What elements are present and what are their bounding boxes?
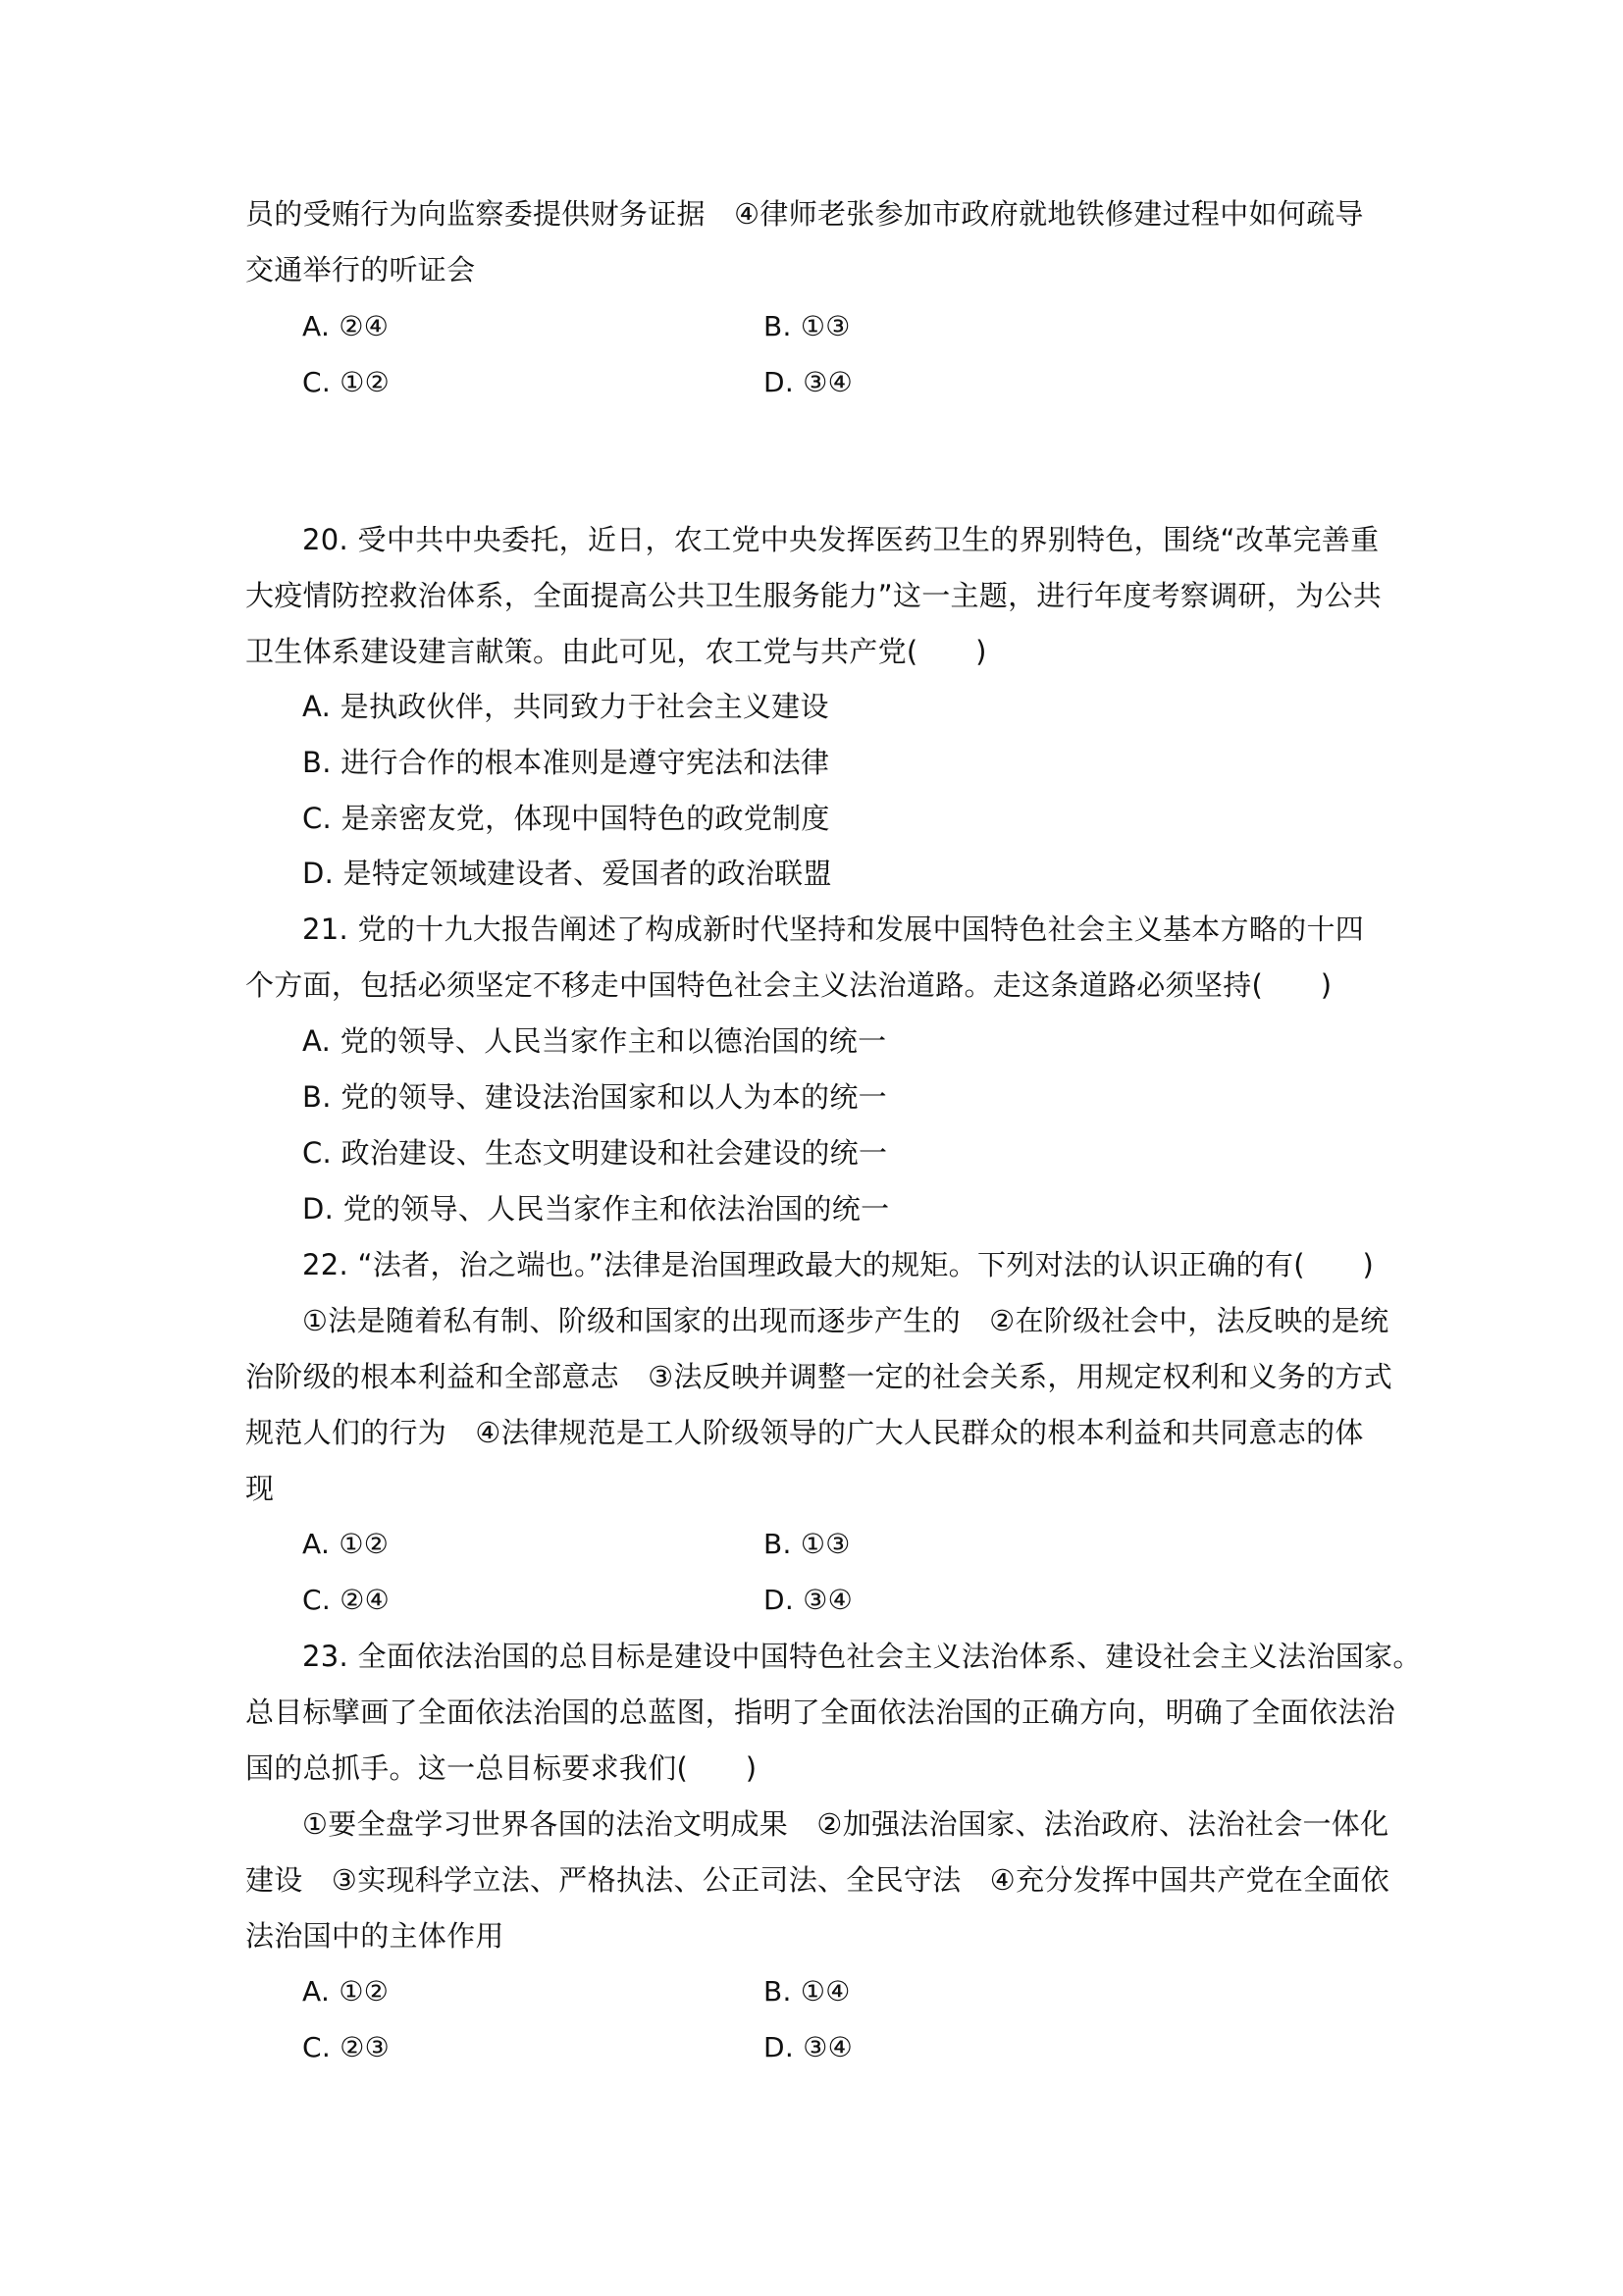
option-d: D. ③④ bbox=[763, 2028, 853, 2067]
option-c: C. ②③ bbox=[302, 2028, 390, 2067]
stem-line: 个方面，包括必须坚定不移走中国特色社会主义法治道路。走这条道路必须坚持( ) bbox=[245, 965, 1332, 1005]
statement-line: 规范人们的行为 ④法律规范是工人阶级领导的广大人民群众的根本利益和共同意志的体 bbox=[245, 1413, 1364, 1452]
statement-line: 法治国中的主体作用 bbox=[245, 1916, 504, 1956]
option-b: B. ①④ bbox=[763, 1972, 851, 2011]
option-c: C. 政治建设、生态文明建设和社会建设的统一 bbox=[302, 1133, 887, 1173]
option-d: D. ③④ bbox=[763, 363, 853, 402]
statement-line: 治阶级的根本利益和全部意志 ③法反映并调整一定的社会关系，用规定权利和义务的方式 bbox=[245, 1357, 1392, 1396]
statement-line: 建设 ③实现科学立法、严格执法、公正司法、全民守法 ④充分发挥中国共产党在全面依 bbox=[245, 1860, 1389, 1900]
option-c: C. ①② bbox=[302, 363, 390, 402]
option-b: B. 进行合作的根本准则是遵守宪法和法律 bbox=[302, 743, 829, 782]
option-a: A. ②④ bbox=[302, 307, 389, 346]
stem-line: 20. 受中共中央委托，近日，农工党中央发挥医药卫生的界别特色，围绕“改革完善重 bbox=[302, 520, 1379, 559]
option-a: A. ①② bbox=[302, 1972, 389, 2011]
option-c: C. 是亲密友党，体现中国特色的政党制度 bbox=[302, 799, 830, 838]
statement-line: ①法是随着私有制、阶级和国家的出现而逐步产生的 ②在阶级社会中，法反映的是统 bbox=[302, 1301, 1388, 1340]
option-d: D. 党的领导、人民当家作主和依法治国的统一 bbox=[302, 1189, 889, 1228]
option-b: B. ①③ bbox=[763, 1525, 851, 1564]
option-a: A. 是执政伙伴，共同致力于社会主义建设 bbox=[302, 687, 829, 726]
stem-line: 员的受贿行为向监察委提供财务证据 ④律师老张参加市政府就地铁修建过程中如何疏导 bbox=[245, 194, 1364, 234]
option-a: A. ①② bbox=[302, 1525, 389, 1564]
stem-line: 大疫情防控救治体系，全面提高公共卫生服务能力”这一主题，进行年度考察调研，为公共 bbox=[245, 576, 1382, 615]
option-a: A. 党的领导、人民当家作主和以德治国的统一 bbox=[302, 1021, 886, 1061]
stem-line: 22. “法者，治之端也。”法律是治国理政最大的规矩。下列对法的认识正确的有( … bbox=[302, 1245, 1374, 1284]
statement-line: 现 bbox=[245, 1469, 274, 1508]
option-c: C. ②④ bbox=[302, 1581, 390, 1620]
stem-line: 卫生体系建设建言献策。由此可见，农工党与共产党( ) bbox=[245, 632, 987, 671]
stem-line: 23. 全面依法治国的总目标是建设中国特色社会主义法治体系、建设社会主义法治国家… bbox=[302, 1637, 1422, 1676]
stem-line: 21. 党的十九大报告阐述了构成新时代坚持和发展中国特色社会主义基本方略的十四 bbox=[302, 910, 1364, 949]
statement-line: ①要全盘学习世界各国的法治文明成果 ②加强法治国家、法治政府、法治社会一体化 bbox=[302, 1804, 1388, 1844]
option-d: D. ③④ bbox=[763, 1581, 853, 1620]
option-b: B. ①③ bbox=[763, 307, 851, 346]
stem-line: 交通举行的听证会 bbox=[245, 250, 475, 289]
option-b: B. 党的领导、建设法治国家和以人为本的统一 bbox=[302, 1077, 887, 1117]
stem-line: 总目标擘画了全面依法治国的总蓝图，指明了全面依法治国的正确方向，明确了全面依法治 bbox=[245, 1693, 1395, 1732]
option-d: D. 是特定领域建设者、爱国者的政治联盟 bbox=[302, 854, 832, 893]
stem-line: 国的总抓手。这一总目标要求我们( ) bbox=[245, 1748, 757, 1788]
